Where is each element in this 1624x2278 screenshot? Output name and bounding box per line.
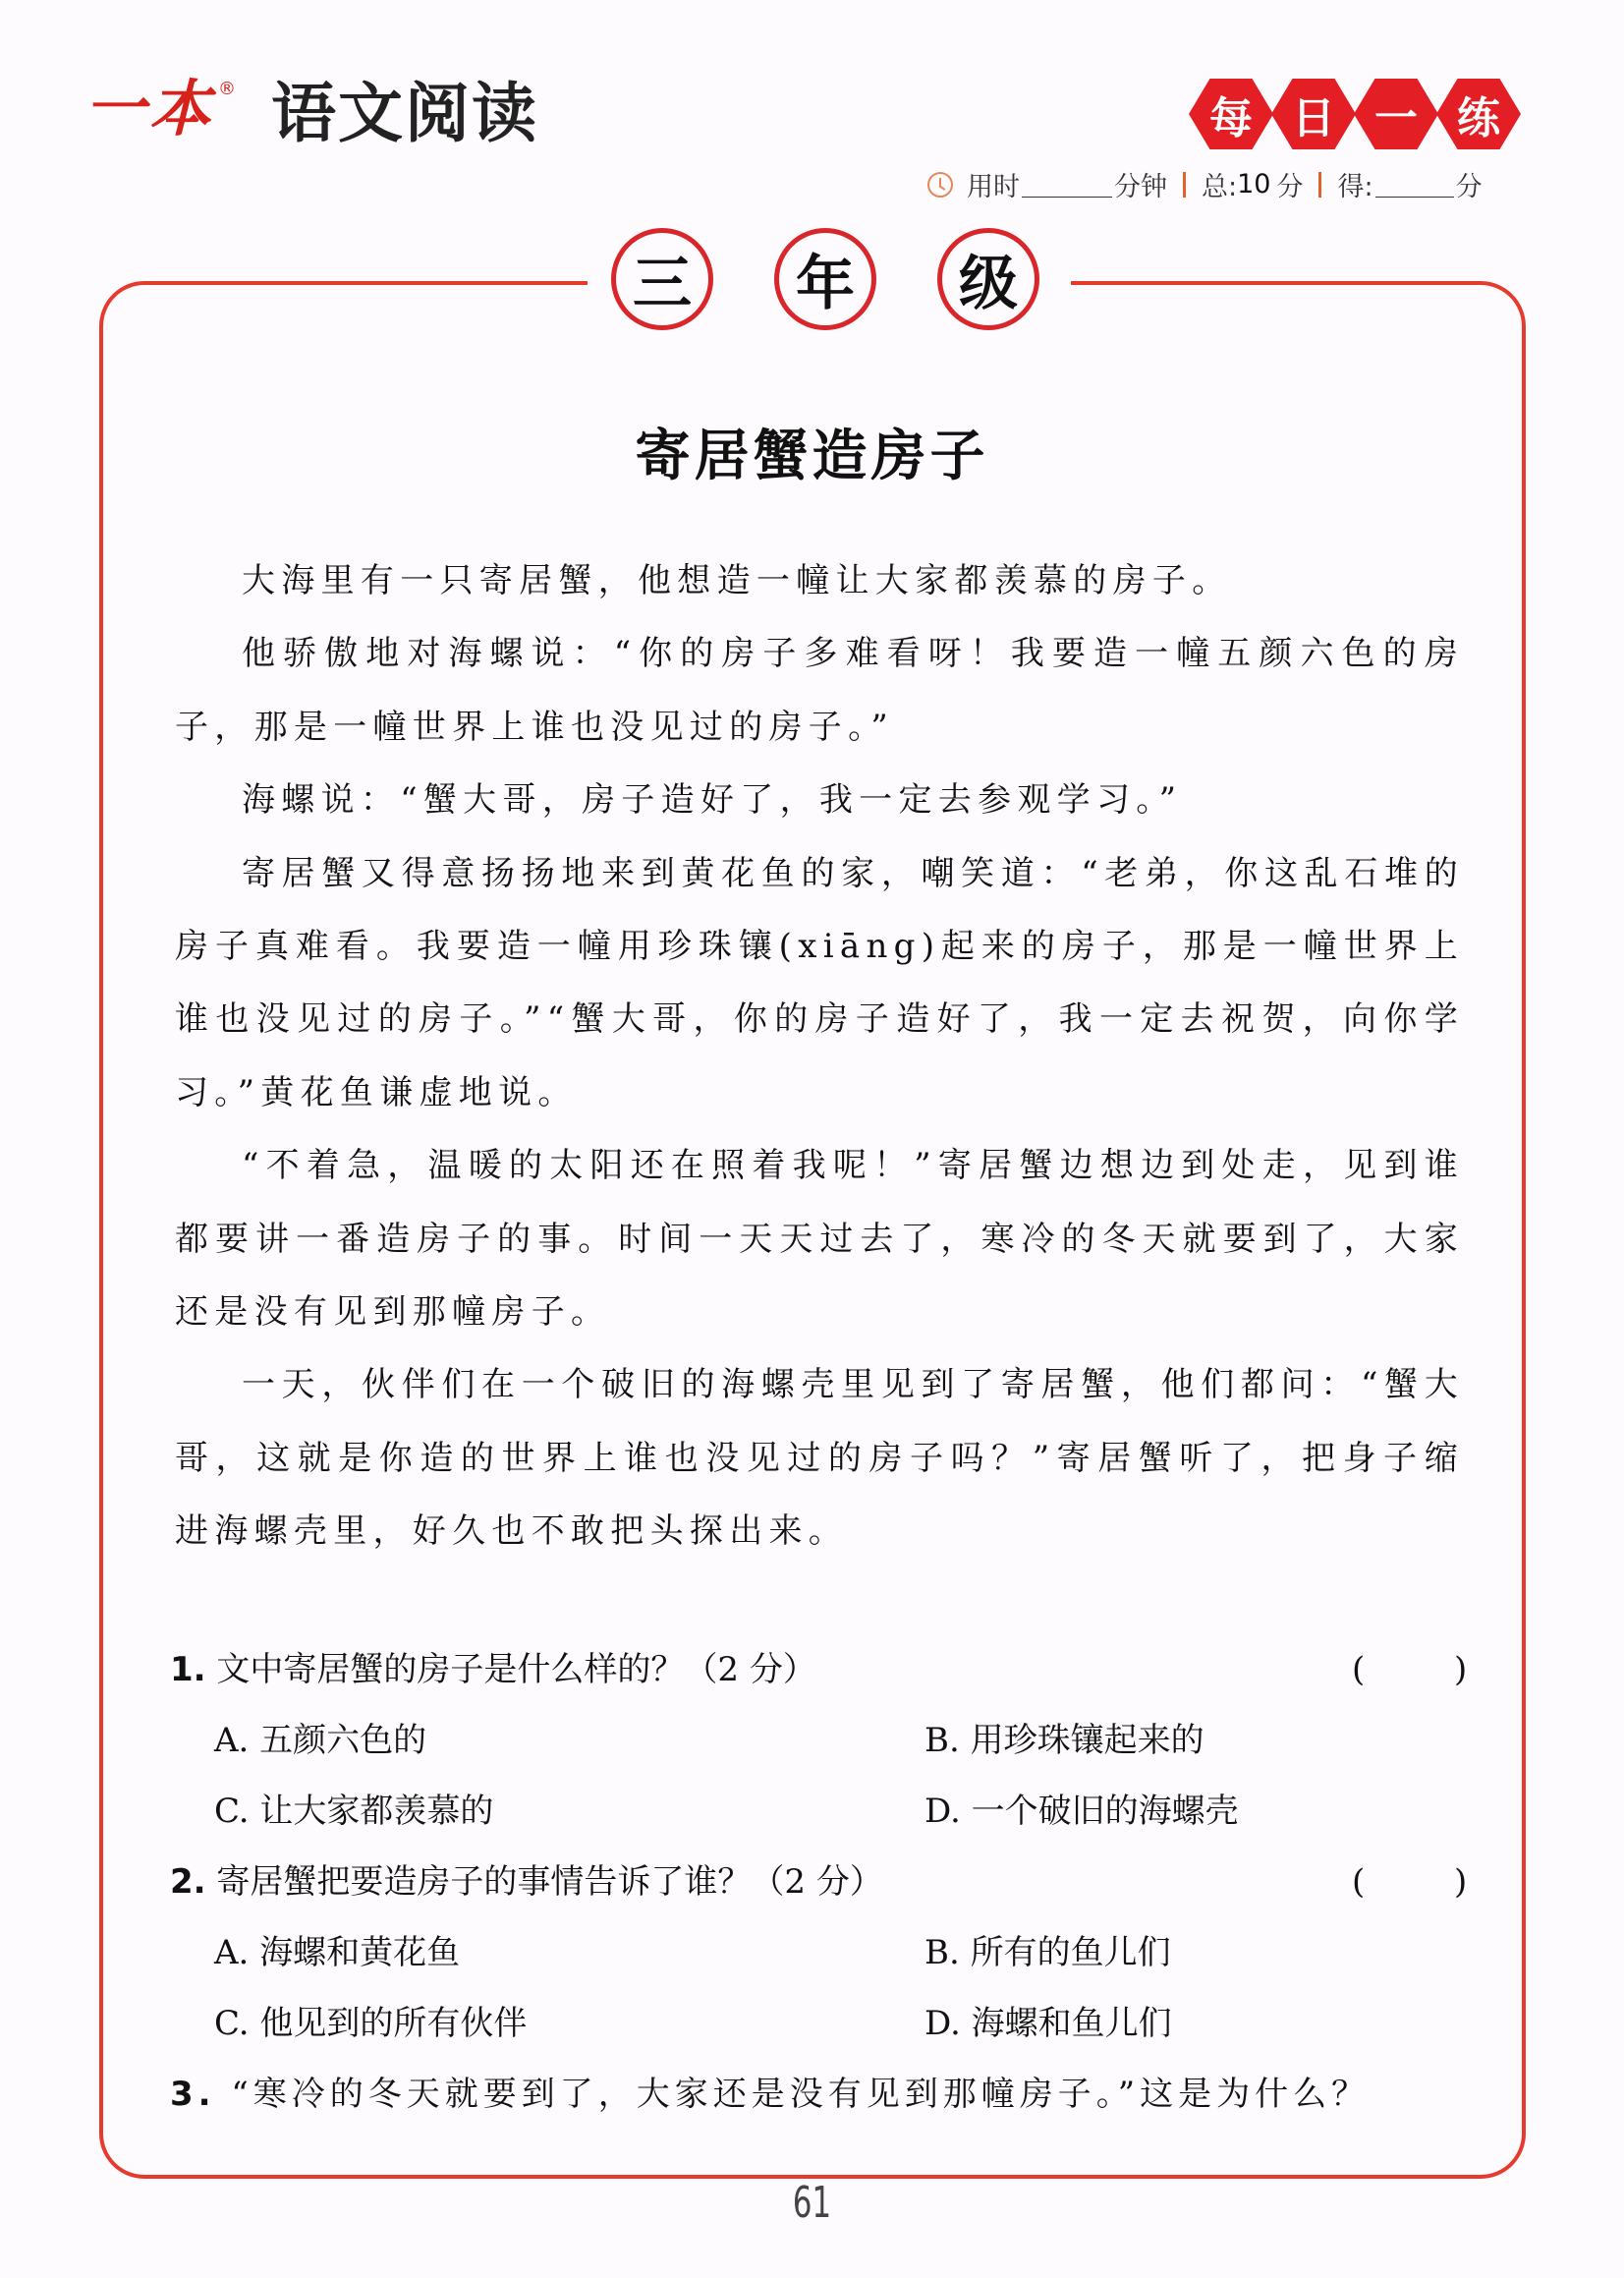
grade-circle: 级: [937, 228, 1039, 330]
paragraph: 海螺说：“蟹大哥，房子造好了，我一定去参观学习。”: [175, 764, 1464, 836]
paragraph: 大海里有一只寄居蟹，他想造一幢让大家都羡慕的房子。: [175, 544, 1464, 617]
daily-hex: 每: [1189, 79, 1273, 149]
option-c[interactable]: C. 他见到的所有伙伴: [214, 1988, 527, 2059]
paragraph: 寄居蟹又得意扬扬地来到黄花鱼的家，嘲笑道：“老弟，你这乱石堆的房子真难看。我要造…: [175, 837, 1464, 1130]
question-number: 3.: [170, 2075, 216, 2114]
time-unit: 分钟: [1114, 165, 1167, 203]
paragraph: “不着急，温暖的太阳还在照着我呢！”寄居蟹边想边到处走，见到谁都要讲一番造房子的…: [175, 1129, 1464, 1348]
brand-logo: 一本: [84, 75, 214, 143]
grade-circle: 年: [774, 228, 876, 330]
option-b[interactable]: B. 所有的鱼儿们: [924, 1917, 1171, 1988]
question-number: 2.: [170, 1862, 206, 1902]
option-a[interactable]: A. 五颜六色的: [214, 1705, 426, 1776]
option-c[interactable]: C. 让大家都羡慕的: [214, 1776, 493, 1847]
question-3: 3. “寒冷的冬天就要到了，大家还是没有见到那幢房子。”这是为什么？: [170, 2059, 1467, 2130]
article-title: 寄居蟹造房子: [0, 413, 1624, 491]
page-number: 61: [244, 2178, 1380, 2228]
paragraph: 一天，伙伴们在一个破旧的海螺壳里见到了寄居蟹，他们都问：“蟹大哥，这就是你造的世…: [175, 1348, 1464, 1567]
answer-paren-open: (: [1352, 1634, 1365, 1705]
total-value: 10: [1237, 169, 1270, 199]
total-unit: 分: [1276, 165, 1303, 203]
time-used-field[interactable]: [1022, 171, 1112, 198]
book-title: 语文阅读: [271, 77, 538, 151]
question-2-options: A. 海螺和黄花鱼 B. 所有的鱼儿们 C. 他见到的所有伙伴 D. 海螺和鱼儿…: [170, 1917, 1467, 2059]
answer-paren-close: ): [1454, 1847, 1467, 1917]
question-text: 文中寄居蟹的房子是什么样的？（2 分）: [216, 1650, 815, 1689]
paragraph: 他骄傲地对海螺说：“你的房子多难看呀！我要造一幢五颜六色的房子，那是一幢世界上谁…: [175, 617, 1464, 764]
questions-section: 1. 文中寄居蟹的房子是什么样的？（2 分） ( ) A. 五颜六色的 B. 用…: [170, 1634, 1467, 2130]
option-d[interactable]: D. 海螺和鱼儿们: [924, 1988, 1172, 2059]
time-used-label: 用时: [967, 165, 1020, 203]
question-number: 1.: [170, 1650, 206, 1689]
daily-hex: 练: [1436, 79, 1521, 149]
separator: [1318, 172, 1321, 198]
score-field[interactable]: [1375, 171, 1454, 198]
clock-icon: [927, 172, 953, 198]
daily-hex: 日: [1271, 79, 1356, 149]
question-2: 2. 寄居蟹把要造房子的事情告诉了谁？（2 分） ( ): [170, 1847, 1467, 1917]
timer-score-row: 用时 分钟 总: 10 分 得: 分: [927, 165, 1483, 203]
separator: [1183, 172, 1186, 198]
score-unit: 分: [1456, 165, 1483, 203]
option-a[interactable]: A. 海螺和黄花鱼: [214, 1917, 460, 1988]
registered-mark: ®: [218, 79, 236, 99]
question-text: “寒冷的冬天就要到了，大家还是没有见到那幢房子。”这是为什么？: [231, 2075, 1370, 2114]
answer-paren-open: (: [1352, 1847, 1365, 1917]
grade-circle: 三: [611, 228, 713, 330]
article-passage: 大海里有一只寄居蟹，他想造一幢让大家都羡慕的房子。 他骄傲地对海螺说：“你的房子…: [175, 544, 1464, 1568]
question-1-options: A. 五颜六色的 B. 用珍珠镶起来的 C. 让大家都羡慕的 D. 一个破旧的海…: [170, 1705, 1467, 1847]
score-label: 得:: [1337, 165, 1372, 203]
option-d[interactable]: D. 一个破旧的海螺壳: [924, 1776, 1239, 1847]
daily-practice-badge: 每 日 一 练: [1189, 79, 1519, 149]
option-b[interactable]: B. 用珍珠镶起来的: [924, 1705, 1204, 1776]
daily-hex: 一: [1354, 79, 1438, 149]
question-text: 寄居蟹把要造房子的事情告诉了谁？（2 分）: [216, 1862, 882, 1902]
total-label: 总:: [1202, 165, 1237, 203]
answer-paren-close: ): [1454, 1634, 1467, 1705]
question-1: 1. 文中寄居蟹的房子是什么样的？（2 分） ( ): [170, 1634, 1467, 1705]
